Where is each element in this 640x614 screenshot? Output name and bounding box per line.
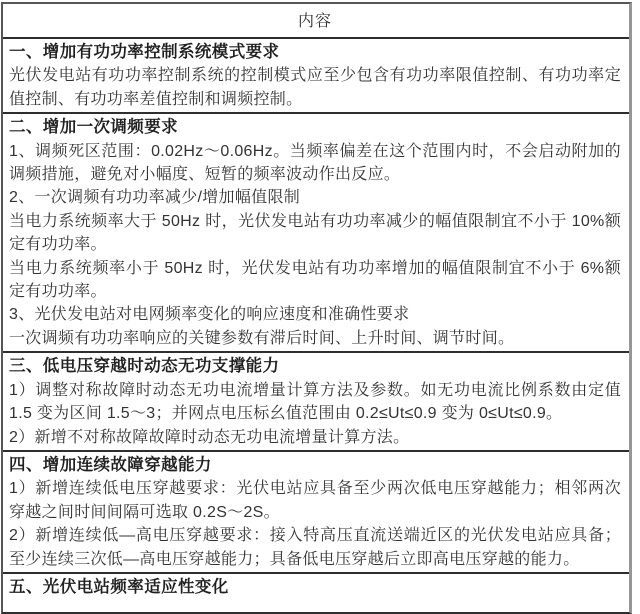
paragraph: 2、一次调频有功功率减少/增加幅值限制 xyxy=(9,186,621,209)
section-row-5: 五、光伏电站频率适应性变化 xyxy=(3,574,629,608)
paragraph: 2）新增不对称故障故障时动态无功电流增量计算方法。 xyxy=(9,426,621,449)
section-row-3: 三、低电压穿越时动态无功支撑能力 1）调整对称故障时动态无功电流增量计算方法及参… xyxy=(3,353,629,452)
section-row-1: 一、增加有功功率控制系统模式要求 光伏发电站有功功率控制系统的控制模式应至少包含… xyxy=(3,39,629,114)
content-table: 内容 一、增加有功功率控制系统模式要求 光伏发电站有功功率控制系统的控制模式应至… xyxy=(1,2,632,608)
paragraph: 1）调整对称故障时动态无功电流增量计算方法及参数。如无功电流比例系数由定值 1.… xyxy=(9,379,621,426)
section-heading: 五、光伏电站频率适应性变化 xyxy=(9,576,621,599)
table-header-row: 内容 xyxy=(3,4,629,39)
paragraph: 2）新增连续低—高电压穿越要求：接入特高压直流送端近区的光伏发电站应具备；至少连… xyxy=(9,524,621,571)
table-header-label: 内容 xyxy=(298,13,332,30)
paragraph: 1、调频死区范围：0.02Hz～0.06Hz。当频率偏差在这个范围内时，不会启动… xyxy=(9,140,621,187)
section-row-4: 四、增加连续故障穿越能力 1）新增连续低电压穿越要求：光伏电站应具备至少两次低电… xyxy=(3,452,629,574)
section-heading: 四、增加连续故障穿越能力 xyxy=(9,454,621,477)
section-heading: 二、增加一次调频要求 xyxy=(9,116,621,139)
section-row-2: 二、增加一次调频要求 1、调频死区范围：0.02Hz～0.06Hz。当频率偏差在… xyxy=(3,114,629,353)
paragraph: 1）新增连续低电压穿越要求：光伏电站应具备至少两次低电压穿越能力；相邻两次穿越之… xyxy=(9,477,621,524)
section-heading: 一、增加有功功率控制系统模式要求 xyxy=(9,41,621,64)
paragraph: 当电力系统频率大于 50Hz 时，光伏发电站有功功率减少的幅值限制宜不小于 10… xyxy=(9,210,621,257)
section-heading: 三、低电压穿越时动态无功支撑能力 xyxy=(9,355,621,378)
paragraph: 当电力系统频率小于 50Hz 时，光伏发电站有功功率增加的幅值限制宜不小于 6%… xyxy=(9,257,621,304)
paragraph: 3、光伏发电站对电网频率变化的响应速度和准确性要求 xyxy=(9,303,621,326)
paragraph: 一次调频有功功率响应的关键参数有滞后时间、上升时间、调节时间。 xyxy=(9,327,621,350)
paragraph: 光伏发电站有功功率控制系统的控制模式应至少包含有功功率限值控制、有功功率定值控制… xyxy=(9,64,621,111)
